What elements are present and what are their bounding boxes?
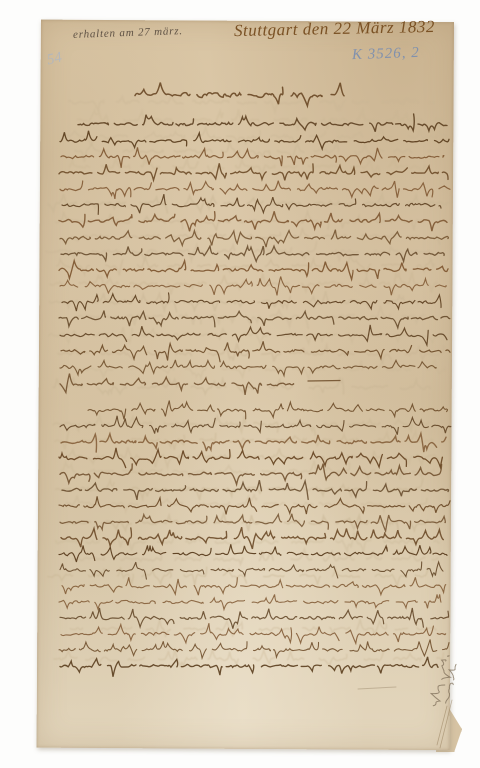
folio-number: 54: [45, 50, 63, 70]
letter-paper: [37, 20, 454, 751]
dateline: Stuttgart den 22 März 1832: [234, 17, 435, 41]
photograph-background: erhalten am 27 märz. Stuttgart den 22 Mä…: [0, 0, 480, 768]
archive-number: K 3526, 2: [352, 45, 420, 64]
